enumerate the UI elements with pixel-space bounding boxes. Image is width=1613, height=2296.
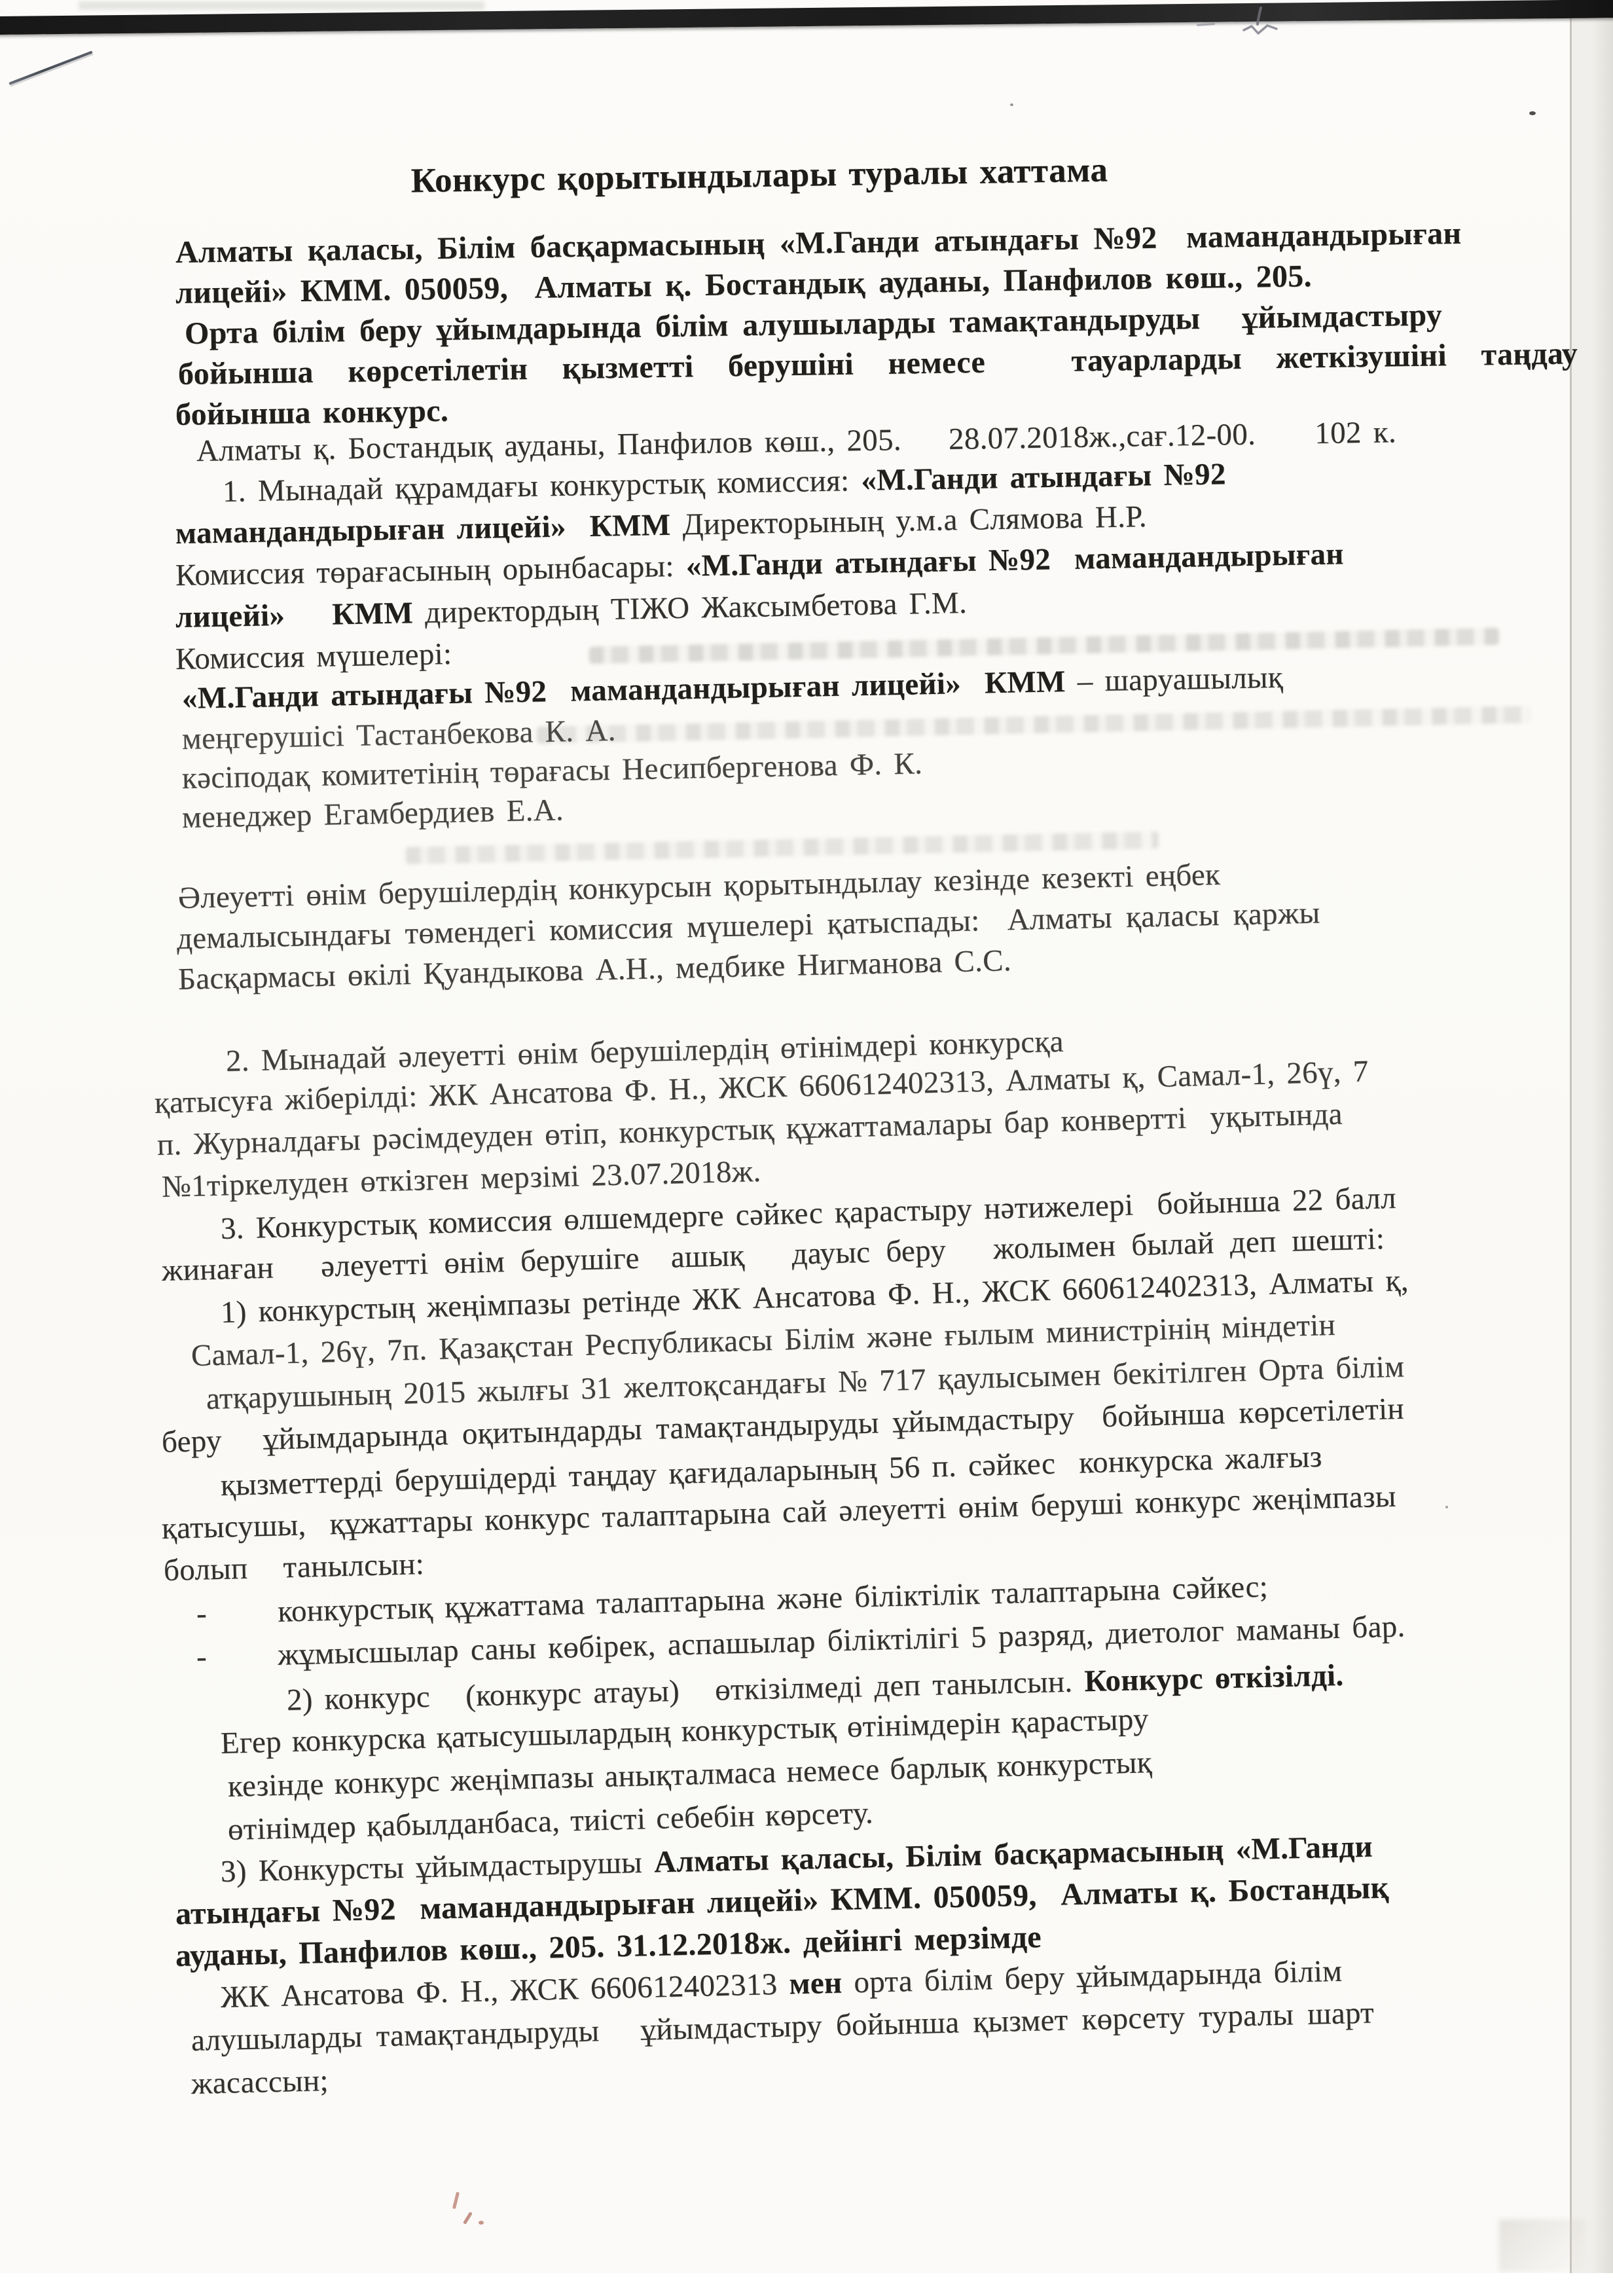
doc-text-bold: «М.Ганди атындағы №92 мамандандырыған xyxy=(685,537,1344,583)
doc-text-bold: лицейі» КММ xyxy=(175,596,426,634)
doc-line: болып танылсын: xyxy=(163,1546,424,1590)
doc-text: Директорының у.м.а Слямова Н.Р. xyxy=(682,500,1147,541)
pink-stain xyxy=(463,2212,473,2225)
bleedthrough-line xyxy=(537,706,1532,744)
bleedthrough-line xyxy=(589,628,1499,664)
pink-stain xyxy=(452,2192,460,2209)
doc-text: өтінімдер қабылданбаса, тиісті себебін к… xyxy=(227,1796,873,1847)
doc-text: Комиссия мүшелері: xyxy=(175,637,452,676)
doc-text: №1тіркелуден өткізген мерзімі 23.07.2018… xyxy=(161,1154,761,1204)
paper-right-edge-shade xyxy=(1591,0,1613,2296)
doc-text: директордың ТІЖО Жаксымбетова Г.М. xyxy=(425,586,968,630)
pink-stain xyxy=(479,2221,484,2225)
ink-speck xyxy=(1010,103,1013,106)
doc-text-bold: мамандандырыған лицейі» КММ xyxy=(175,507,683,551)
scan-corner-shade xyxy=(1499,2219,1584,2272)
doc-line: лицейі» КММ директордың ТІЖО Жаксымбетов… xyxy=(175,585,967,636)
doc-line: №1тіркелуден өткізген мерзімі 23.07.2018… xyxy=(161,1154,761,1205)
doc-line: менеджер Егамбердиев Е.А. xyxy=(181,792,564,836)
doc-text: орта білім беру ұйымдарында білім xyxy=(842,1954,1343,2000)
ink-speck xyxy=(1529,111,1536,115)
doc-text: 1. Мынадай құрамдағы конкурстық комиссия… xyxy=(223,464,861,509)
doc-text: 3) Конкурсты ұйымдастырушы xyxy=(220,1846,654,1889)
pen-dash-icon xyxy=(1197,23,1215,26)
pen-scribble-icon xyxy=(1241,7,1282,44)
doc-text: Комиссия төрағасының орынбасары: xyxy=(175,549,687,592)
doc-text: менеджер Егамбердиев Е.А. xyxy=(181,793,564,835)
ink-speck xyxy=(1445,1506,1448,1508)
scanner-bottom-strip xyxy=(0,2273,1613,2296)
doc-text: – шаруашылық xyxy=(1077,661,1283,699)
doc-text: болып танылсын: xyxy=(163,1547,424,1588)
doc-line: жасассын; xyxy=(190,2063,329,2102)
doc-text-bold: «М.Ганди атындағы №92 xyxy=(861,457,1226,498)
doc-text: ЖК Ансатова Ф. Н., ЖСК 660612402313 xyxy=(220,1967,789,2014)
doc-line: бойынша конкурс. xyxy=(175,393,449,434)
pen-stroke-icon xyxy=(9,50,92,84)
doc-text-bold: мен xyxy=(789,1966,843,2001)
scanner-haze xyxy=(79,1,484,10)
doc-line: Комиссия мүшелері: xyxy=(175,636,452,678)
doc-text-bold: бойынша конкурс. xyxy=(175,393,449,432)
doc-text-bold: Конкурс өткізілді. xyxy=(1084,1658,1344,1698)
scanned-page: Конкурс қорытындылары туралы хаттама Алм… xyxy=(0,0,1613,2296)
document-title: Конкурс қорытындылары туралы хаттама xyxy=(0,144,1519,207)
doc-text: жасассын; xyxy=(190,2064,329,2101)
doc-line: өтінімдер қабылданбаса, тиісті себебін к… xyxy=(227,1795,873,1848)
bleedthrough-line xyxy=(406,831,1159,864)
doc-line: меңгерушісі Тастанбекова К. А. xyxy=(181,713,616,758)
doc-text: меңгерушісі Тастанбекова К. А. xyxy=(181,714,616,756)
